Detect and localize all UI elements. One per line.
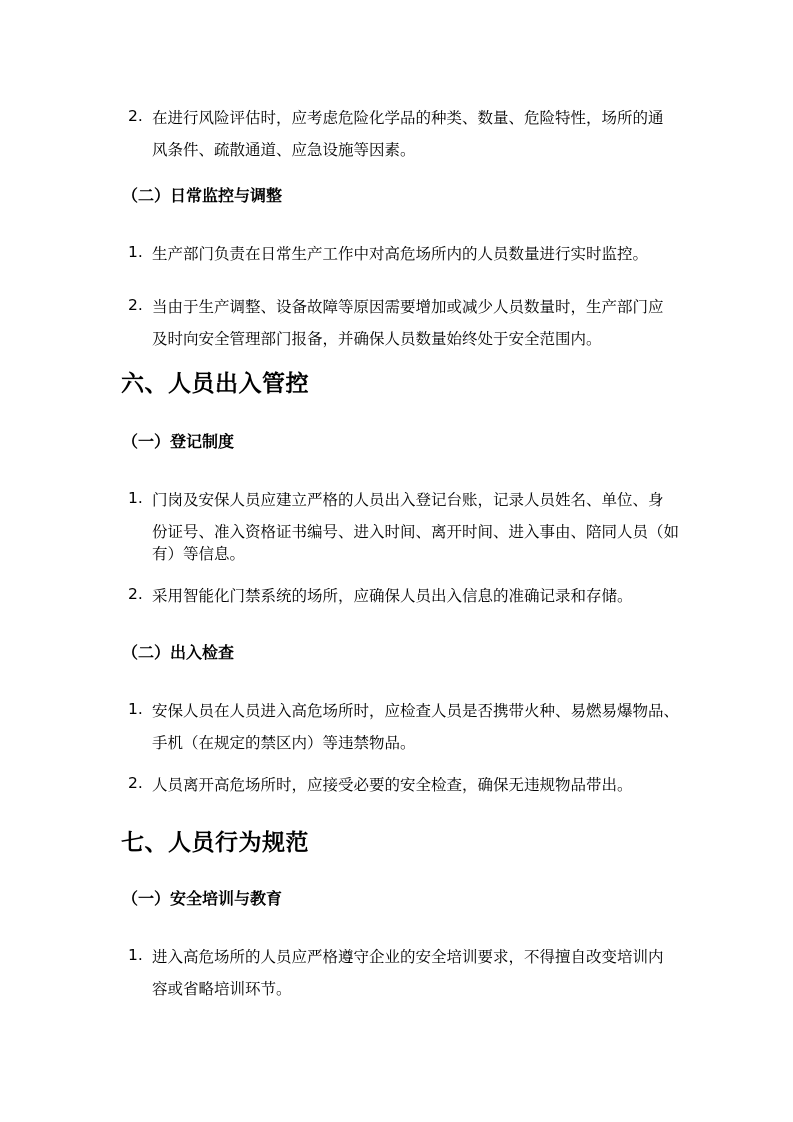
list-text-line: 及时向安全管理部门报备，并确保人员数量始终处于安全范围内。 <box>152 328 680 350</box>
list-number: 2. <box>128 774 150 792</box>
list-number: 1. <box>128 700 150 718</box>
list-item: 2. 在进行风险评估时，应考虑危险化学品的种类、数量、危险特性，场所的通 风条件… <box>128 107 680 161</box>
list-number: 1. <box>128 243 150 261</box>
list-number: 2. <box>128 107 150 125</box>
list-text-line: 风条件、疏散通道、应急设施等因素。 <box>152 139 680 161</box>
list-text-line: 采用智能化门禁系统的场所，应确保人员出入信息的准确记录和存储。 <box>152 585 680 607</box>
list-item: 2. 人员离开高危场所时，应接受必要的安全检查，确保无违规物品带出。 <box>128 774 680 796</box>
list-text-line: 份证号、准入资格证书编号、进入时间、离开时间、进入事由、陪同人员（如 <box>152 521 680 543</box>
list-text-line: 进入高危场所的人员应严格遵守企业的安全培训要求，不得擅自改变培训内 <box>152 946 680 978</box>
subheading: （一）安全培训与教育 <box>122 888 282 910</box>
list-text-line: 人员离开高危场所时，应接受必要的安全检查，确保无违规物品带出。 <box>152 774 680 796</box>
subheading: （二）日常监控与调整 <box>122 185 282 207</box>
list-number: 2. <box>128 585 150 603</box>
list-text-line: 安保人员在人员进入高危场所时，应检查人员是否携带火种、易燃易爆物品、 <box>152 700 680 732</box>
list-text-line: 在进行风险评估时，应考虑危险化学品的种类、数量、危险特性，场所的通 <box>152 107 680 139</box>
list-number: 1. <box>128 489 150 507</box>
list-item: 2. 当由于生产调整、设备故障等原因需要增加或减少人员数量时，生产部门应 及时向… <box>128 296 680 350</box>
list-item: 1. 安保人员在人员进入高危场所时，应检查人员是否携带火种、易燃易爆物品、 手机… <box>128 700 680 754</box>
list-item: 1. 生产部门负责在日常生产工作中对高危场所内的人员数量进行实时监控。 <box>128 243 680 265</box>
list-text-line: 手机（在规定的禁区内）等违禁物品。 <box>152 732 680 754</box>
list-text-line: 门岗及安保人员应建立严格的人员出入登记台账，记录人员姓名、单位、身 <box>152 489 680 521</box>
section-heading: 七、人员行为规范 <box>121 828 309 858</box>
list-item: 1. 门岗及安保人员应建立严格的人员出入登记台账，记录人员姓名、单位、身 份证号… <box>128 489 680 565</box>
list-text-line: 容或省略培训环节。 <box>152 978 680 1000</box>
list-text-line: 当由于生产调整、设备故障等原因需要增加或减少人员数量时，生产部门应 <box>152 296 680 328</box>
list-item: 1. 进入高危场所的人员应严格遵守企业的安全培训要求，不得擅自改变培训内 容或省… <box>128 946 680 1000</box>
subheading: （一）登记制度 <box>122 431 234 453</box>
list-text-line: 有）等信息。 <box>152 543 680 565</box>
list-text-line: 生产部门负责在日常生产工作中对高危场所内的人员数量进行实时监控。 <box>152 243 680 265</box>
document-page: 2. 在进行风险评估时，应考虑危险化学品的种类、数量、危险特性，场所的通 风条件… <box>0 0 793 1122</box>
list-number: 2. <box>128 296 150 314</box>
section-heading: 六、人员出入管控 <box>121 369 309 399</box>
subheading: （二）出入检查 <box>122 642 234 664</box>
list-item: 2. 采用智能化门禁系统的场所，应确保人员出入信息的准确记录和存储。 <box>128 585 680 607</box>
list-number: 1. <box>128 946 150 964</box>
